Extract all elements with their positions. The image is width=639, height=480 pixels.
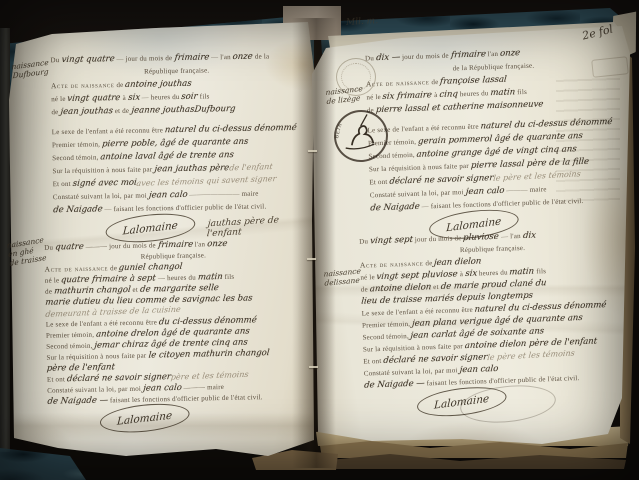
handwritten-text: signé avec moi [72,177,137,191]
handwritten-text: jean calo [459,363,499,376]
printed-text: de la [253,52,269,60]
handwritten-text: dix [522,230,536,242]
act-text: Du vingt sept jour du mois de pluviose —… [359,223,630,388]
handwritten-text: de Naigade — [47,395,109,407]
margin-note: naissancedelissane [323,266,362,287]
handwritten-text: vingt quatre [67,92,121,106]
handwritten-text: onze [500,47,521,61]
officer-signature: Lalomaine [117,409,173,427]
handwritten-text: cinq [439,88,459,102]
act-text: Du quatre ——— jour du mois de frimaire l… [44,233,305,403]
printed-text: et de [113,107,131,115]
binding-stitch [309,366,318,368]
handwritten-text: Dufbourg [193,103,235,117]
handwritten-text: frimaire [157,240,193,252]
text-line: Le sexe de l'enfant a été reconnu être n… [52,118,304,135]
printed-text: Du [44,243,55,251]
handwritten-text: jean calo [465,185,505,199]
handwritten-text: antoine jouthas [125,78,193,92]
handwritten-text: jean jouthas [60,105,114,119]
faint-ink-mark [591,56,629,78]
binding-stitch [308,150,317,152]
handwritten-text: quatre [55,242,85,254]
act-text: Du dix — jour du mois de frimaire l'an o… [365,40,627,212]
handwritten-text: matin [490,86,516,100]
handwritten-text: onze [232,51,253,64]
handwritten-text: de Naigade [370,201,421,216]
printed-text: fils [223,273,235,281]
act-text: Du vingt quatre — jour du mois de frimai… [50,46,305,213]
handwritten-text: jean calo [142,383,182,395]
faint-round-stamp-icon [336,58,376,96]
signature-oval: Lalomaine [99,400,191,437]
handwritten-text: six [465,268,478,280]
handwritten-text: matin [197,272,223,284]
handwritten-text: frimaire [174,51,210,65]
printed-text: Du [359,237,370,245]
birth-act-left-2: Du quatre ——— jour du mois de frimaire l… [44,233,306,433]
handwritten-text: soir [181,91,199,104]
handwritten-text: onze [207,239,228,250]
printed-text: — faisant les fonctions d'officier publi… [102,202,266,213]
handwritten-text: guniel changol [119,262,184,274]
margin-note: naissanceen ghéde traisse [6,235,47,268]
handwritten-text: jeanne jouthas [130,104,194,118]
handwritten-text: jean calo [148,189,188,203]
handwritten-text: vingt quatre [61,53,115,67]
handwritten-text: frimaire [450,48,486,62]
birth-act-right-1: Du dix — jour du mois de frimaire l'an o… [365,40,628,242]
pen-trial-scribble: Mll. m. [346,16,379,28]
handwritten-text: vingt sept [370,234,414,248]
printed-text: — l'an [209,53,233,61]
binding-stitch [307,258,316,260]
signature-row: Lalomaine [99,401,306,432]
officer-signature: Lalomaine [122,219,178,237]
printed-text: Du [50,56,61,64]
handwritten-text: de Naigade [52,203,103,217]
handwritten-text: dix — [375,51,400,65]
handwritten-text: naturel du ci-dessus dénommé [164,122,297,137]
register-book-photo: naissanceDufbourg naissanceen ghéde trai… [0,0,639,480]
handwritten-text: six [127,92,140,105]
handwritten-text: matin [509,266,535,279]
handwritten-text: pluviose [463,231,500,244]
handwritten-text: de Naigade — [364,377,426,391]
birth-act-left-1: Du vingt quatre — jour du mois de frimai… [50,46,305,243]
